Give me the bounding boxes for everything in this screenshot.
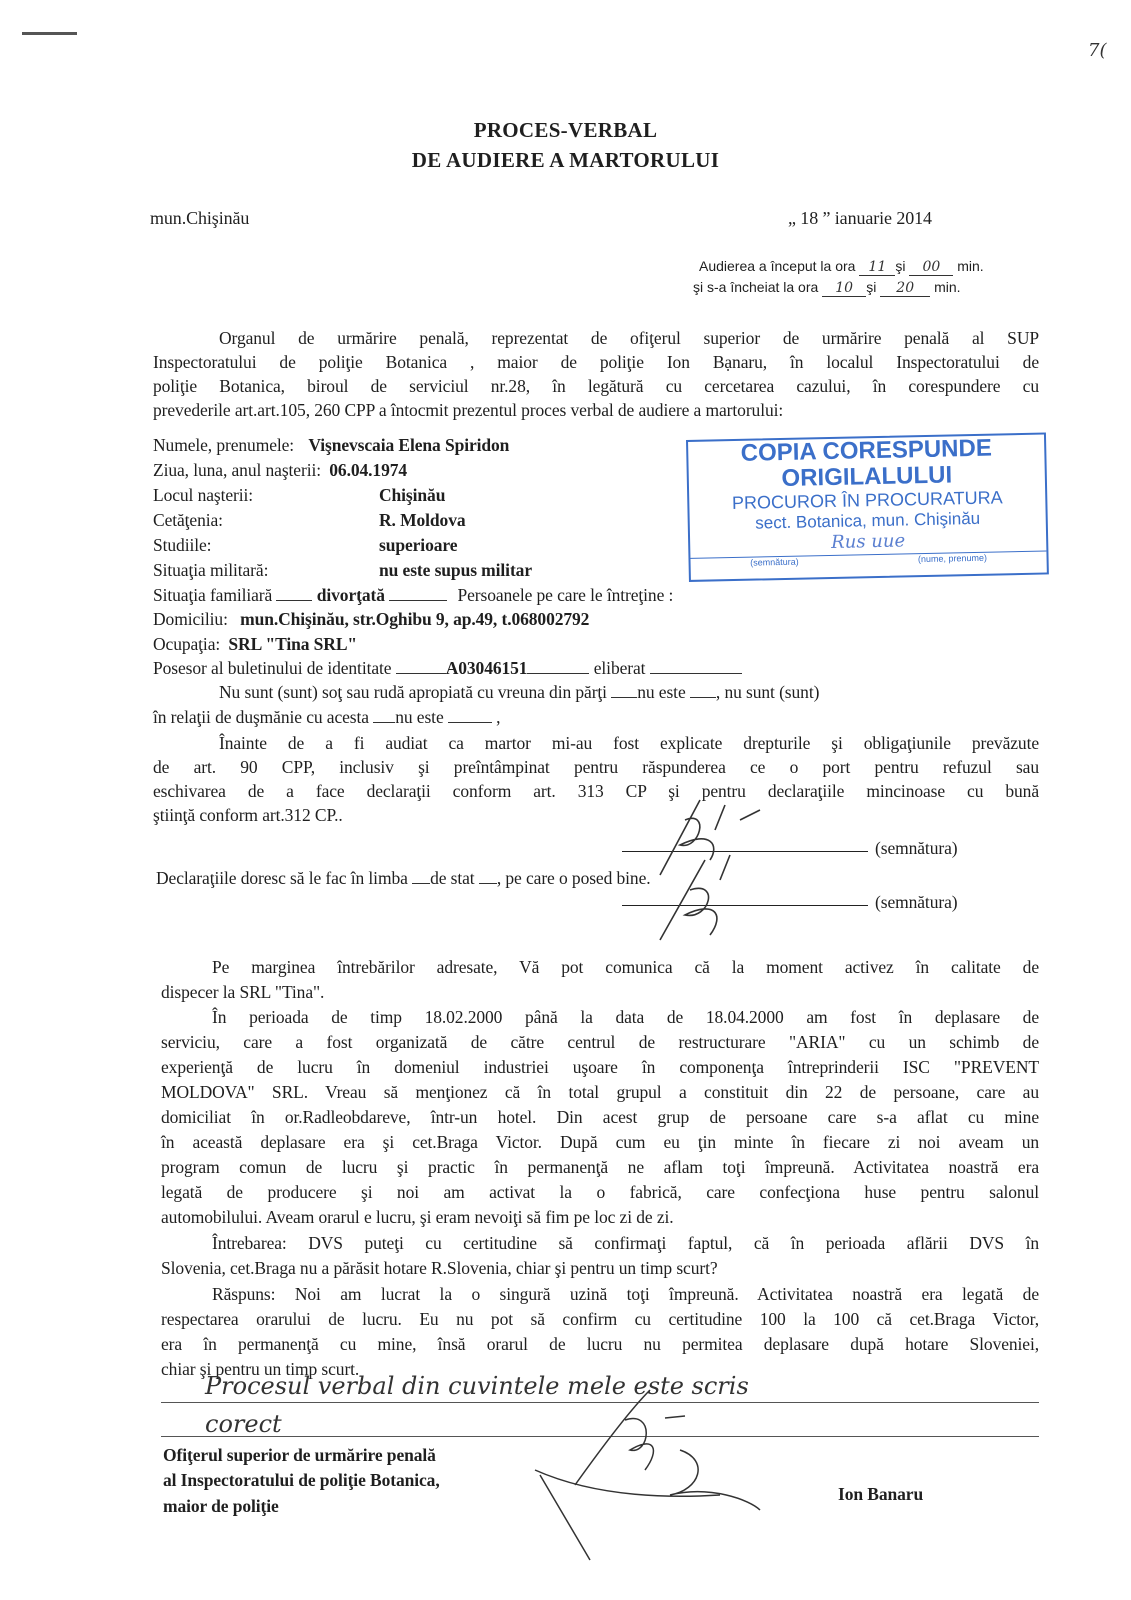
stamp-caption-name: (nume, prenume) [918, 553, 987, 564]
statement-p4-line-1: Răspuns: Noi am lucrat la o singură uzin… [212, 1282, 1039, 1306]
witness-signature-2 [650, 850, 770, 950]
statement-p2-line-3: experienţă de lucru în domeniul industri… [161, 1055, 1039, 1079]
statement-p2-line-1: În perioada de timp 18.02.2000 până la d… [212, 1005, 1039, 1029]
intro-line-2: Inspectoratului de poliţie Botanica , ma… [153, 350, 1039, 374]
witness-id-number: A03046151 [446, 658, 528, 678]
statement-p2-line-2: serviciu, care a fost organizată de cătr… [161, 1030, 1039, 1054]
stamp-caption-signature: (semnătura) [750, 557, 799, 568]
statement-p3-line-1: Întrebarea: DVS puteţi cu certitudine să… [212, 1231, 1039, 1255]
witness-military: nu este supus militar [379, 558, 532, 582]
officer-title-2: al Inspectoratului de poliţie Botanica, [163, 1468, 440, 1492]
statement-p2-line-6: în această deplasare era şi cet.Braga Vi… [161, 1130, 1039, 1154]
statement-p2-line-5: domiciliat în or.Radleobdareve, într-un … [161, 1105, 1039, 1129]
document-date: „ 18 ” ianuarie 2014 [788, 206, 932, 230]
document-subtitle: DE AUDIERE A MARTORULUI [0, 148, 1131, 173]
rights-line-1: Înainte de a fi audiat ca martor mi-au f… [219, 731, 1039, 755]
signature-caption-1: (semnătura) [875, 836, 957, 860]
occupation-field: Ocupaţia: SRL "Tina SRL" [153, 632, 357, 656]
family-field: Situaţia familiară divorţată Persoanele … [153, 583, 673, 607]
statement-p3-line-2: Slovenia, cet.Braga nu a părăsit hotare … [161, 1256, 718, 1280]
start-minute: 00 [909, 259, 953, 276]
witness-studies: superioare [379, 533, 457, 557]
page-number-mark: 7( [1088, 40, 1106, 61]
statement-p2-line-9: automobilului. Aveam orarul e lucru, şi … [161, 1205, 674, 1229]
officer-title-1: Ofiţerul superior de urmărire penală [163, 1443, 436, 1467]
intro-line-1: Organul de urmărire penală, reprezentat … [219, 326, 1039, 350]
witness-dob: 06.04.1974 [329, 460, 407, 480]
intro-line-4: prevederile art.art.105, 260 CPP a întoc… [153, 398, 783, 422]
language-line: Declaraţiile doresc să le fac în limba d… [156, 866, 651, 890]
witness-family: divorţată [317, 585, 385, 605]
domicile-field: Domiciliu: mun.Chişinău, str.Oghibu 9, a… [153, 607, 589, 631]
statement-p1-line-1: Pe marginea întrebărilor adresate, Vă po… [212, 955, 1039, 979]
name-field: Numele, prenumele: Vişnevscaia Elena Spi… [153, 433, 509, 457]
rights-line-4: ştiinţă conform art.312 CP.. [153, 803, 343, 827]
id-field: Posesor al buletinului de identitate A03… [153, 656, 742, 680]
witness-citizenship: R. Moldova [379, 508, 466, 532]
relation-line-1: Nu sunt (sunt) soţ sau rudă apropiată cu… [219, 680, 819, 704]
start-hour: 11 [859, 259, 895, 276]
signature-caption-2: (semnătura) [875, 890, 957, 914]
officer-signature [520, 1440, 780, 1570]
statement-p2-line-4: MOLDOVA" SRL. Vreau să menţionez că în t… [161, 1080, 1039, 1104]
statement-p2-line-7: program comun de lucru şi practic în per… [161, 1155, 1039, 1179]
studies-label: Studiile: [153, 533, 211, 557]
rights-line-3: eschivarea de a face declaraţii conform … [153, 779, 1039, 803]
officer-title-3: maior de poliţie [163, 1494, 279, 1518]
witness-birthplace: Chişinău [379, 483, 445, 507]
witness-occupation: SRL "Tina SRL" [228, 634, 357, 654]
end-minute: 20 [880, 280, 930, 297]
dob-field: Ziua, luna, anul naşterii: 06.04.1974 [153, 458, 407, 482]
birthplace-label: Locul naşterii: [153, 483, 253, 507]
certified-copy-stamp: COPIA CORESPUNDE ORIGILALULUI PROCUROR Î… [686, 432, 1049, 582]
officer-name: Ion Banaru [838, 1482, 923, 1506]
handwritten-confirmation-2: corect [205, 1410, 282, 1438]
rights-line-2: de art. 90 CPP, inclusiv şi preîntâmpina… [153, 755, 1039, 779]
end-label: şi s-a încheiat la ora [693, 279, 818, 295]
statement-p2-line-8: legată de producere şi noi am activat la… [161, 1180, 1039, 1204]
witness-domicile: mun.Chişinău, str.Oghibu 9, ap.49, t.068… [240, 609, 589, 629]
witness-name: Vişnevscaia Elena Spiridon [308, 435, 509, 455]
document-title: PROCES-VERBAL [0, 118, 1131, 143]
start-label: Audierea a început la ora [699, 258, 855, 274]
scan-mark-line [22, 32, 77, 35]
intro-line-3: poliţie Botanica, biroul de serviciul nr… [153, 374, 1039, 398]
statement-p4-line-2: respectarea orarului de lucru. Eu nu pot… [161, 1307, 1039, 1331]
statement-p1-line-2: dispecer la SRL "Tina". [161, 980, 324, 1004]
military-label: Situaţia militară: [153, 558, 268, 582]
relation-line-2: în relaţii de duşmănie cu acesta nu este… [153, 705, 500, 729]
city: mun.Chişinău [150, 206, 249, 230]
dependents-label: Persoanele pe care le întreţine : [457, 585, 673, 605]
citizenship-label: Cetăţenia: [153, 508, 223, 532]
end-hour: 10 [822, 280, 866, 297]
statement-p4-line-3: era în permanenţă cu mine, însă orarul d… [161, 1332, 1039, 1356]
hearing-start: Audierea a început la ora 11şi 00 min. [699, 258, 984, 276]
hearing-end: şi s-a încheiat la ora 10şi 20 min. [693, 279, 961, 297]
